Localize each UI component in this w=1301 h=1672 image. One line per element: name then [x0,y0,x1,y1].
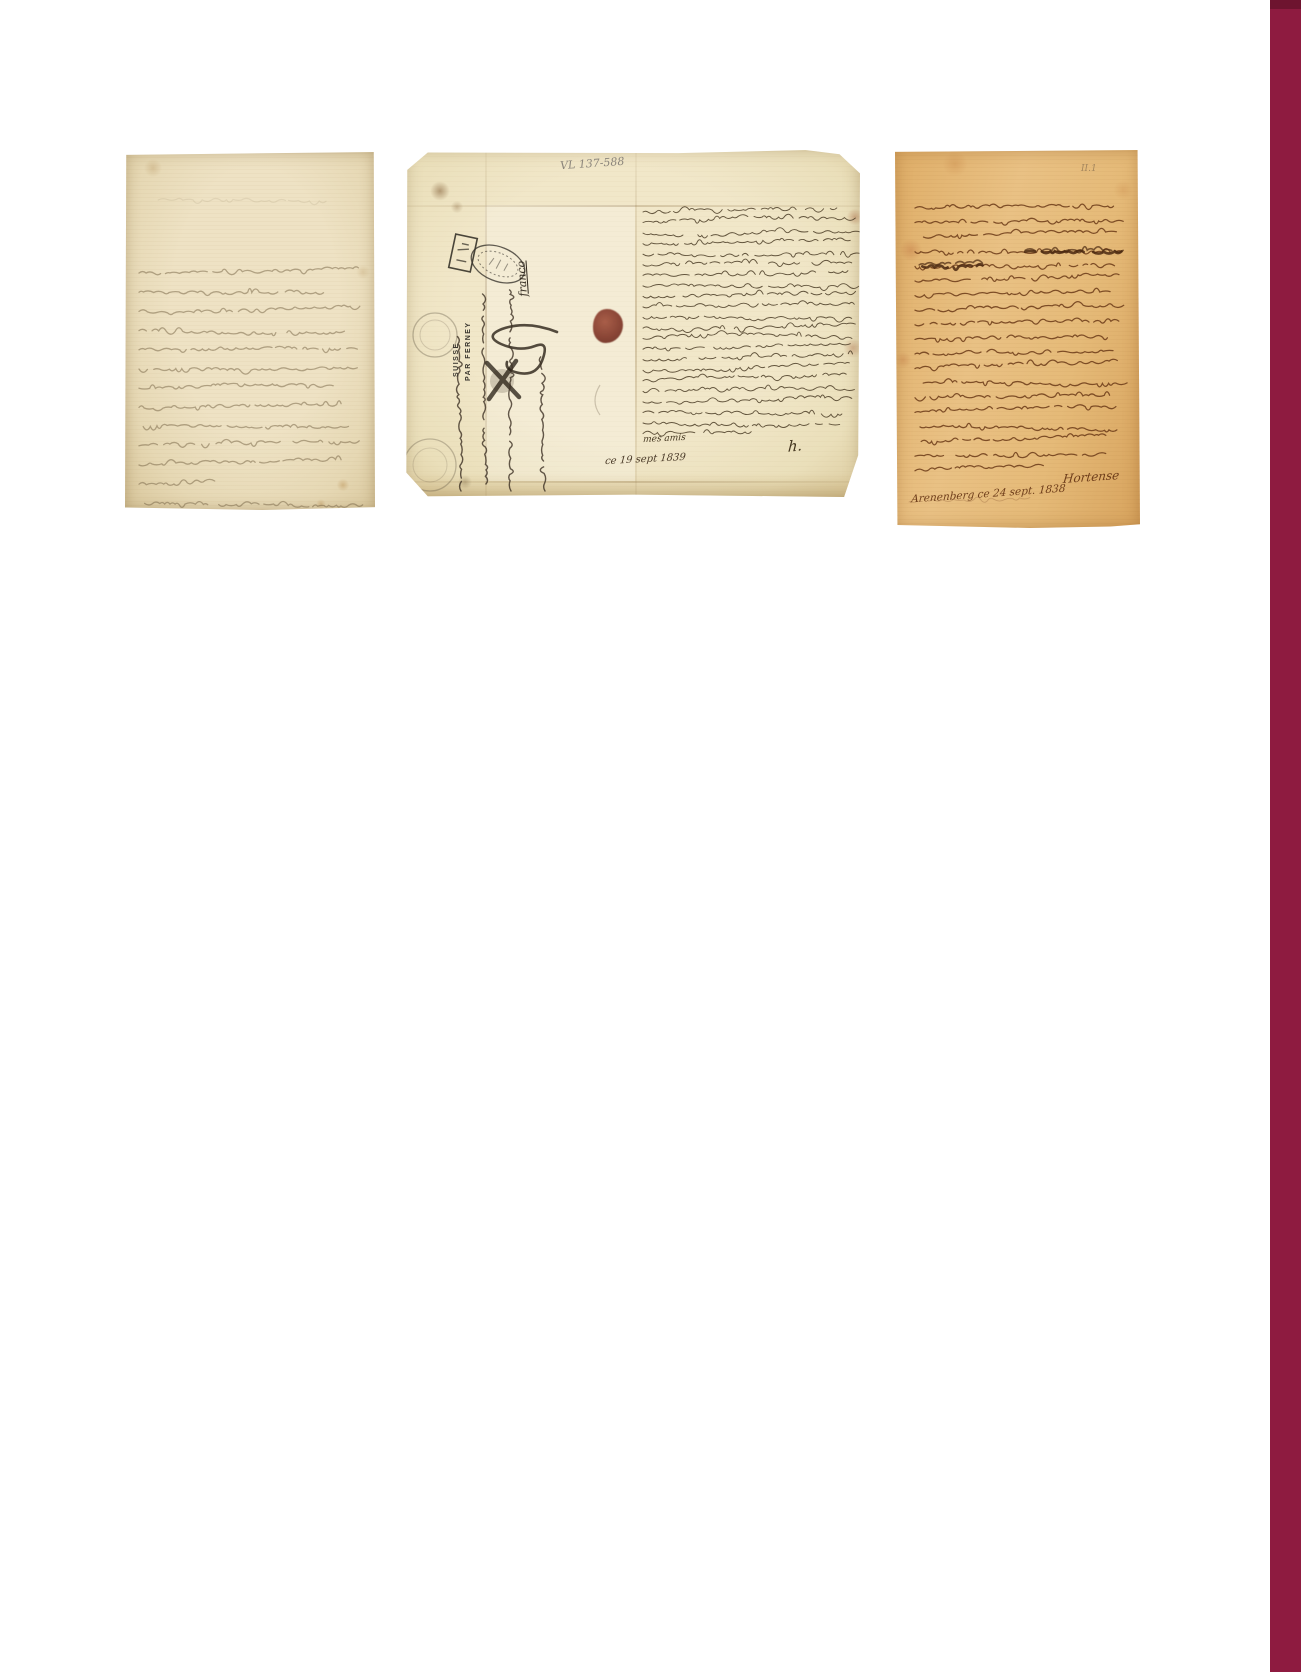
letter-right-page: II.1 Hortense Arenenberg ce 24 sept. 183… [895,150,1140,528]
spine-accent-bar-top-strip [1270,0,1301,9]
faint-circular-postmark-2-inner [413,448,447,482]
spine-accent-bar [1270,0,1301,1672]
handwriting-left [125,152,375,510]
catalog-page: VL 137-588 [0,0,1301,1672]
letter-left-page [125,152,375,510]
route-stamp-line1: SUISSE [453,342,460,377]
postage-due-5-flourish [493,325,557,373]
cross-cancel-icon [487,361,519,399]
route-stamp-line2: PAR FERNEY [465,321,472,381]
faint-circular-postmark-inner [420,320,450,350]
boxed-rate-stamp-icon [449,234,478,272]
letter-middle-folded-sheet: VL 137-588 [405,149,860,497]
signature-middle-letter: h. [787,436,803,456]
franco-annotation: franco [515,260,530,297]
faint-arc-mark [595,385,600,415]
